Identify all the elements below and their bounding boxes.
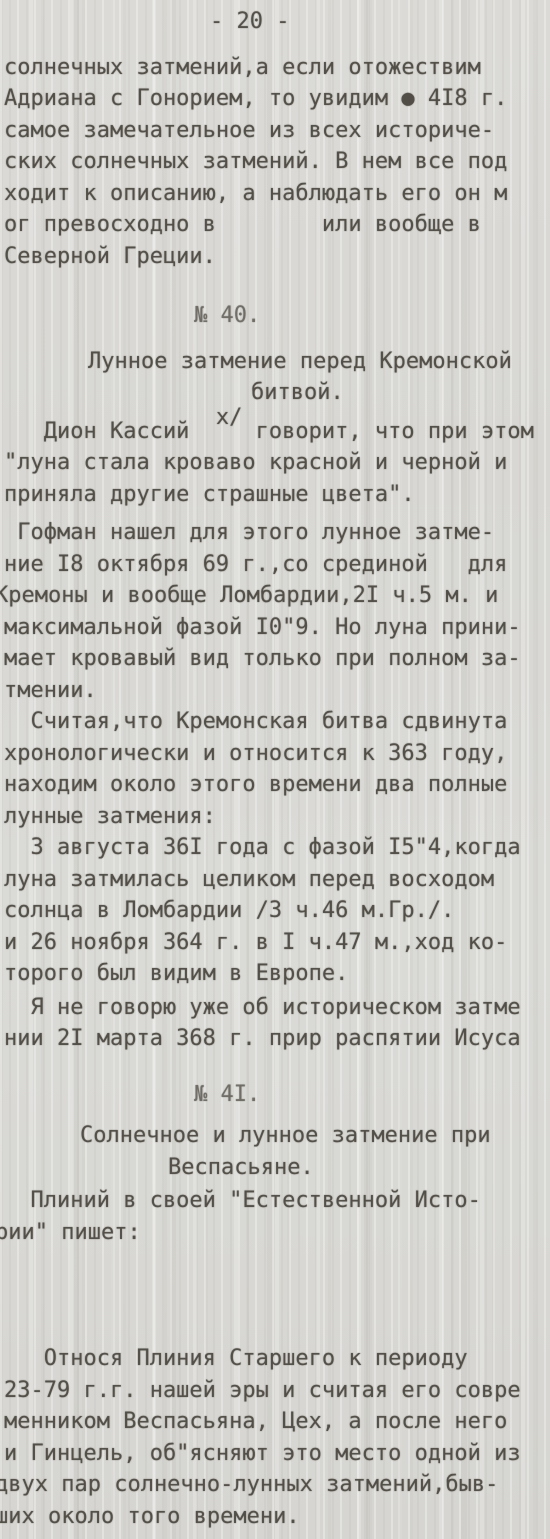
text-run: говорит, что при этом [242,419,533,444]
text-line: Гофман нашел для этого лунное затме- [4,517,550,549]
text-line: Кремоны и вообще Ломбардии,2I ч.5 м. и [0,580,550,612]
text-line: торого был видим в Европе. [4,958,550,990]
text-line: Я не говорю уже об историческом затме [4,992,550,1024]
paragraph-two-eclipses: 3 августа 36I года с фазой I5"4,когда лу… [4,832,550,990]
text-line: битвой. [4,377,550,409]
text-line: солнечных затмений,а если отожествим [4,52,550,84]
paragraph-pliny: Плиний в своей "Естественной Исто- рии" … [4,1185,550,1248]
text-line: нии 2I марта 368 г. прир распятии Исуса [4,1023,550,1055]
section-40-heading: № 40. [4,300,550,332]
text-line: Считая,что Кремонская битва сдвинута [4,706,550,738]
text-line: менником Веспасьяна, Цех, а после него [4,1406,550,1438]
page-number: - 20 - [4,6,550,38]
paragraph-historic-eclipse: Я не говорю уже об историческом затме ни… [4,992,550,1055]
paragraph-hofmann: Гофман нашел для этого лунное затме- ние… [4,517,550,706]
text-line: рии" пишет: [0,1217,550,1249]
text-line: 3 августа 36I года с фазой I5"4,когда [4,832,550,864]
text-line: ходит к описанию, а наблюдать его он м [4,178,550,210]
text-line: ских солнечных затмений. В нем все под [4,146,550,178]
text-line: солнца в Ломбардии /3 ч.46 м.Гр./. [4,895,550,927]
text-line: максимальной фазой I0"9. Но луна прини- [4,612,550,644]
text-line: самое замечательное из всех историче- [4,115,550,147]
section-41-title: Солнечное и лунное затмение при Веспасья… [4,1120,550,1183]
text-line: Плиний в своей "Естественной Исто- [4,1185,550,1217]
text-line: Веспасьяне. [4,1152,550,1184]
paragraph-otnosya: Относя Плиния Старшего к периоду 23-79 г… [4,1343,550,1532]
text-line: "луна стала кроваво красной и черной и [4,447,550,479]
text-line: Относя Плиния Старшего к периоду [4,1343,550,1375]
paragraph-schitaya: Считая,что Кремонская битва сдвинута хро… [4,706,550,832]
text-run: Дион Кассий [4,419,216,444]
text-line: Солнечное и лунное затмение при [4,1120,550,1152]
footnote-marker: х/ [216,405,243,430]
text-line: находим около этого времени два полные [4,769,550,801]
paragraph-intro: солнечных затмений,а если отожествим Адр… [4,52,550,273]
text-line: ние I8 октября 69 г.,со срединой для [4,549,550,581]
text-line: приняла другие страшные цвета". [4,479,550,511]
text-line: 23-79 г.г. нашей эры и считая его совре [4,1375,550,1407]
text-line: ших около того времени. [0,1501,550,1533]
text-line: лунные затмения: [4,801,550,833]
section-40-title: Лунное затмение перед Кремонской битвой. [4,346,550,409]
text-line: мает кровавый вид только при полном за- [4,643,550,675]
text-line: Адриана с Гонорием, то увидим ● 4I8 г. [4,83,550,115]
text-line: луна затмилась целиком перед восходом [4,864,550,896]
text-line: ог превосходно в или вообще в [4,209,550,241]
text-line: Дион Кассий х/ говорит, что при этом [4,416,550,448]
text-line: двух пар солнечно-лунных затмений,быв- [0,1469,550,1501]
section-41-heading: № 4I. [4,1079,550,1111]
text-line: хронологически и относится к 363 году, [4,738,550,770]
scanned-page: - 20 - солнечных затмений,а если отожест… [0,0,550,1539]
paragraph-dion-cassius: Дион Кассий х/ говорит, что при этом "лу… [4,416,550,511]
text-line: тмении. [4,675,550,707]
text-line: Северной Греции. [4,241,550,273]
text-line: и Гинцель, об"ясняют это место одной из [4,1438,550,1470]
text-line: и 26 ноября 364 г. в I ч.47 м.,ход ко- [4,927,550,959]
text-line: Лунное затмение перед Кремонской [4,346,550,378]
